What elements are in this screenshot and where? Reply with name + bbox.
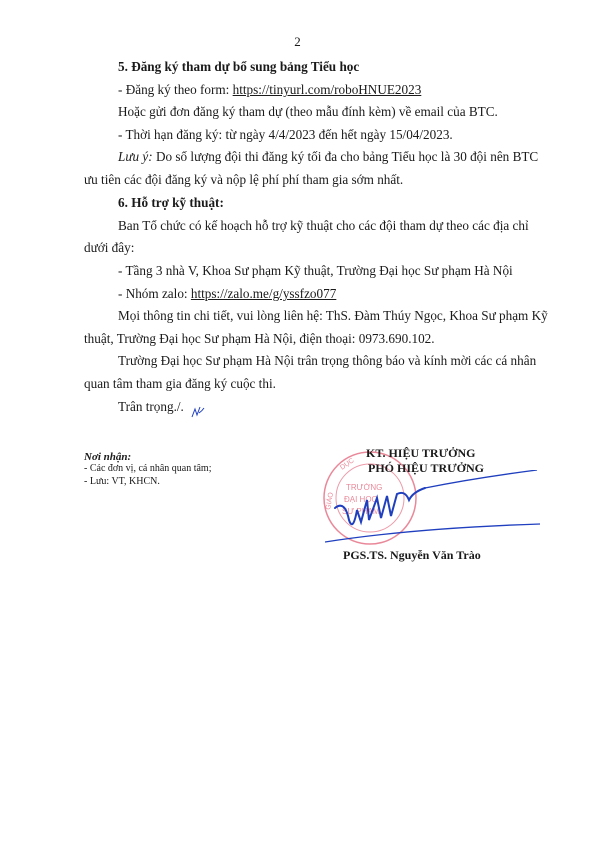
address-line: - Tầng 3 nhà V, Khoa Sư phạm Kỹ thuật, T…: [118, 263, 513, 279]
intro-line2: dưới đây:: [84, 240, 134, 256]
recipient-item: - Các đơn vị, cá nhân quan tâm;: [84, 463, 211, 475]
note-line2: ưu tiên các đội đăng ký và nộp lệ phí ph…: [84, 172, 403, 188]
contact-line2: thuật, Trường Đại học Sư phạm Hà Nội, đi…: [84, 331, 435, 347]
zalo-link[interactable]: https://zalo.me/g/yssfzo077: [191, 286, 336, 301]
handwritten-signature: [325, 470, 540, 545]
note-line1: Lưu ý: Do số lượng đội thi đăng ký tối đ…: [118, 149, 538, 165]
initials-icon: [191, 405, 205, 419]
page-number: 2: [0, 34, 595, 50]
closing: Trân trọng./.: [118, 399, 184, 415]
signer-name: PGS.TS. Nguyễn Văn Trào: [343, 548, 481, 563]
contact-line1: Mọi thông tin chi tiết, vui lòng liên hệ…: [118, 308, 548, 324]
form-prefix: - Đăng ký theo form:: [118, 82, 233, 97]
note-text: Do số lượng đội thi đăng ký tối đa cho b…: [153, 149, 539, 164]
section5-heading: 5. Đăng ký tham dự bổ sung bảng Tiểu học: [118, 59, 359, 75]
intro-line1: Ban Tổ chức có kế hoạch hỗ trợ kỹ thuật …: [118, 218, 529, 234]
note-label: Lưu ý:: [118, 149, 153, 164]
recipient-item: - Lưu: VT, KHCN.: [84, 476, 160, 488]
invite-line1: Trường Đại học Sư phạm Hà Nội trân trọng…: [118, 353, 536, 369]
form-link[interactable]: https://tinyurl.com/roboHNUE2023: [233, 82, 422, 97]
section6-heading: 6. Hỗ trợ kỹ thuật:: [118, 195, 224, 211]
zalo-prefix: - Nhóm zalo:: [118, 286, 191, 301]
invite-line2: quan tâm tham gia đăng ký cuộc thi.: [84, 376, 276, 392]
deadline-line: - Thời hạn đăng ký: từ ngày 4/4/2023 đến…: [118, 127, 453, 143]
zalo-line: - Nhóm zalo: https://zalo.me/g/yssfzo077: [118, 286, 336, 302]
signer-title1: KT. HIỆU TRƯỞNG: [366, 446, 475, 461]
email-line: Hoặc gửi đơn đăng ký tham dự (theo mẫu đ…: [118, 104, 498, 120]
form-line: - Đăng ký theo form: https://tinyurl.com…: [118, 82, 421, 98]
